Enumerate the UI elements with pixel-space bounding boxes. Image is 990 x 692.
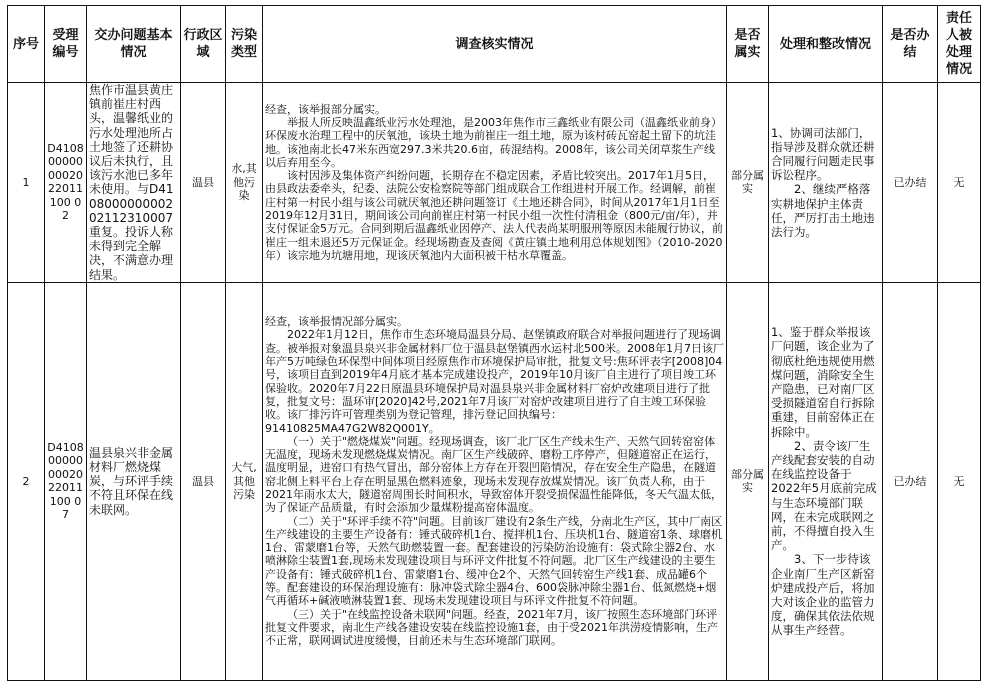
- header-investigation: 调查核实情况: [263, 6, 727, 83]
- cell-case-no: D4108000000002022011100 02: [45, 83, 87, 283]
- investigation-paragraph: （三）关于"在线监控设备未联网"问题。经查，2021年7月，该厂按照生态环境部门…: [265, 608, 724, 648]
- cell-pollution-type: 水,其他污染: [226, 83, 263, 283]
- cell-investigation: 经查，该举报情况部分属实。 2022年1月12日，焦作市生态环境局温县分局、赵堡…: [263, 282, 727, 680]
- investigation-paragraph: 举报人所反映温鑫纸业污水处理池，是2003年焦作市三鑫纸业有限公司（温鑫纸业前身…: [265, 116, 724, 169]
- header-handling: 处理和整改情况: [769, 6, 883, 83]
- table-row: 2 D4108000000002022011100 07 温县泉兴非金属材料厂燃…: [8, 282, 981, 680]
- cell-district: 温县: [181, 282, 226, 680]
- handling-item: 2、继续严格落实耕地保护主体责任，严厉打击土地违法行为。: [771, 182, 880, 239]
- cell-seq: 2: [8, 282, 45, 680]
- header-closed: 是否办结: [883, 6, 938, 83]
- handling-item: 2、责令该厂生产线配套安装的自动在线监控设备于2022年5月底前完成与生态环境部…: [771, 439, 880, 553]
- cell-is-true: 部分属实: [727, 83, 769, 283]
- table-row: 1 D4108000000002022011100 02 焦作市温县黄庄镇前崔庄…: [8, 83, 981, 283]
- cell-accountability: 无: [938, 83, 981, 283]
- cell-closed: 已办结: [883, 282, 938, 680]
- handling-item: 1、鉴于群众举报该厂问题，该企业为了彻底杜绝违规使用燃煤问题，消除安全生产隐患，…: [771, 325, 880, 439]
- handling-item: 3、下一步待该企业南厂生产区新窑炉建成投产后，将加大对该企业的监管力度，确保其依…: [771, 552, 880, 637]
- investigation-paragraph: 经查，该举报部分属实。: [265, 103, 724, 116]
- cell-handling: 1、协调司法部门，指导涉及群众就还耕合同履行问题走民事诉讼程序。 2、继续严格落…: [769, 83, 883, 283]
- cell-handling: 1、鉴于群众举报该厂问题，该企业为了彻底杜绝违规使用燃煤问题，消除安全生产隐患，…: [769, 282, 883, 680]
- handling-item: 1、协调司法部门，指导涉及群众就还耕合同履行问题走民事诉讼程序。: [771, 126, 880, 183]
- investigation-paragraph: 经查，该举报情况部分属实。: [265, 315, 724, 328]
- cell-pollution-type: 大气,其他污染: [226, 282, 263, 680]
- investigation-paragraph: 该村因涉及集体资产纠纷问题，长期存在不稳定因素，矛盾比较突出。2017年1月5日…: [265, 169, 724, 262]
- cell-case-no: D4108000000002022011100 07: [45, 282, 87, 680]
- cell-closed: 已办结: [883, 83, 938, 283]
- investigation-paragraph: （二）关于"环评手续不符"问题。目前该厂建设有2条生产线，分南北生产区，其中厂南…: [265, 515, 724, 608]
- header-pollution-type: 污染类型: [226, 6, 263, 83]
- complaint-handling-table: 序号 受理编号 交办问题基本情况 行政区域 污染类型 调查核实情况 是否属实 处…: [7, 5, 981, 681]
- header-district: 行政区域: [181, 6, 226, 83]
- cell-investigation: 经查，该举报部分属实。 举报人所反映温鑫纸业污水处理池，是2003年焦作市三鑫纸…: [263, 83, 727, 283]
- header-seq: 序号: [8, 6, 45, 83]
- investigation-paragraph: （一）关于"燃烧煤炭"问题。经现场调查，该厂北厂区生产线未生产、天然气回转窑窑体…: [265, 435, 724, 515]
- header-is-true: 是否属实: [727, 6, 769, 83]
- header-accountability: 责任人被处理情况: [938, 6, 981, 83]
- header-row: 序号 受理编号 交办问题基本情况 行政区域 污染类型 调查核实情况 是否属实 处…: [8, 6, 981, 83]
- cell-district: 温县: [181, 83, 226, 283]
- cell-is-true: 部分属实: [727, 282, 769, 680]
- cell-seq: 1: [8, 83, 45, 283]
- cell-accountability: 无: [938, 282, 981, 680]
- investigation-paragraph: 2022年1月12日，焦作市生态环境局温县分局、赵堡镇政府联合对举报问题进行了现…: [265, 328, 724, 434]
- cell-issue: 温县泉兴非金属材料厂燃烧煤炭，与环评手续不符且环保在线未联网。: [87, 282, 181, 680]
- header-case-no: 受理编号: [45, 6, 87, 83]
- header-issue: 交办问题基本情况: [87, 6, 181, 83]
- cell-issue: 焦作市温县黄庄镇前崔庄村西头，温馨纸业的污水处理池所占土地签了还耕协议后未执行，…: [87, 83, 181, 283]
